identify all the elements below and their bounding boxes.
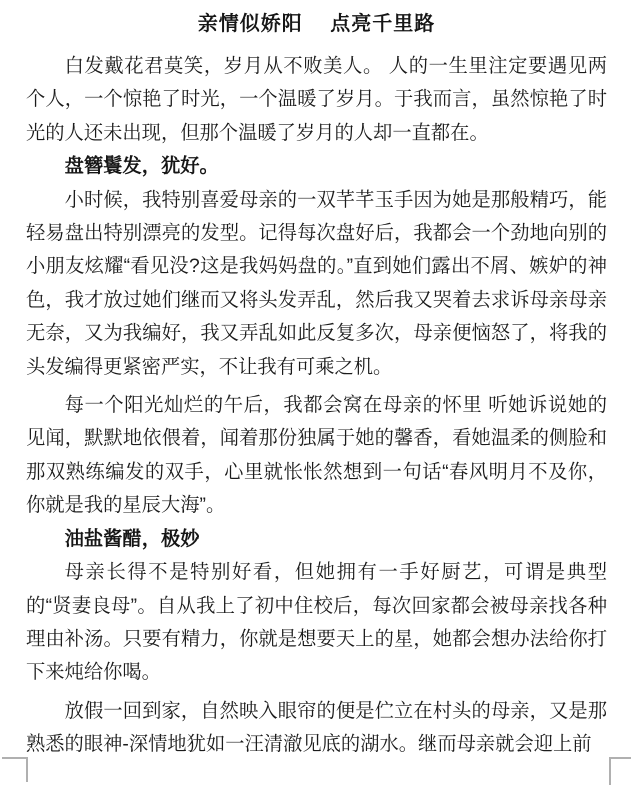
document-page: 亲情似娇阳 点亮千里路 白发戴花君莫笑，岁月从不败美人。 人的一生里注定要遇见两… [0, 0, 633, 787]
paragraph-afternoon: 每一个阳光灿烂的午后，我都会窝在母亲的怀里 听她诉说她的见闻，默默地依偎着，闻着… [26, 389, 607, 523]
essay-title: 亲情似娇阳 点亮千里路 [26, 10, 607, 38]
paragraph-cooking: 母亲长得不是特别好看，但她拥有一手好厨艺，可谓是典型的“贤妻良母”。自从我上了初… [26, 556, 607, 690]
section-heading-cooking: 油盐酱醋，极妙 [26, 523, 607, 556]
text-boundary-mark-right [609, 757, 631, 785]
section-heading-hair: 盘簪鬟发，犹好。 [26, 150, 607, 183]
paragraph-homecoming: 放假一回到家，自然映入眼帘的便是伫立在村头的母亲，又是那熟悉的眼神-深情地犹如一… [26, 695, 607, 762]
text-boundary-mark-left [2, 757, 28, 782]
paragraph-intro: 白发戴花君莫笑，岁月从不败美人。 人的一生里注定要遇见两个人，一个惊艳了时光，一… [26, 50, 607, 150]
paragraph-hair-story: 小时候，我特别喜爱母亲的一双芊芊玉手因为她是那般精巧，能轻易盘出特别漂亮的发型。… [26, 184, 607, 384]
